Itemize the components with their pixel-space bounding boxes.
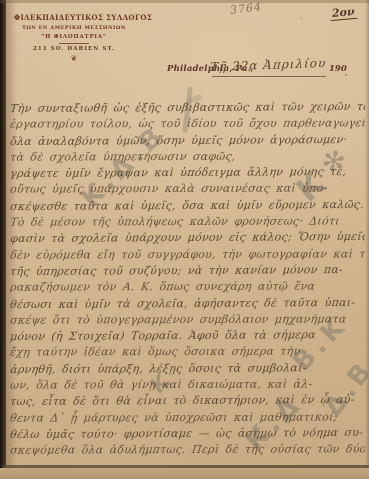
handwritten-date: Τῇ 22ᾳ Ἀπριλίου	[210, 56, 327, 74]
pencil-dot-mark: .	[300, 12, 303, 22]
handwriting-line: ἐργαστηρίου τοίλου, ὡς τοῦ ἰδίου τοῦ ὄχο…	[10, 117, 365, 135]
handwriting-line: δὲν εὑρόμεθα εἴη τοῦ συγγράφου, τὴν φωτο…	[10, 247, 365, 265]
handwriting-line: οὕτως ὑμεῖς ὑπάρχουσιν καλὰ συναινέσας κ…	[10, 182, 365, 200]
letterhead-ornament-icon: ❦	[14, 54, 134, 63]
handwriting-line: τὰ δὲ σχολεῖα ὑπηρετήσωσιν σαφῶς,	[10, 149, 365, 167]
society-name: ΦΙΛΕΚΠΑΙΔΕΥΤΙΚΟΣ ΣΥΛΛΟΓΟΣ	[14, 13, 134, 22]
handwriting-line: θέσωσι καὶ ὑμῖν τὰ σχολεῖα, ἀφήσαντες δὲ…	[10, 295, 365, 313]
page-number-annotation: 2ον	[329, 5, 357, 21]
handwriting-line: ὅλα ἀναλαβόντα ὑμῶν, ὅσην ὑμεῖς μόνον ἀγ…	[10, 133, 365, 151]
handwriting-line: σκέψε ὅτι τὸ ὑπογεγραμμένον συμβόλαιον μ…	[10, 312, 365, 330]
scanned-letter-page: Κ.Δ.Β Κ ✻ Β.Κ Κ.Δ Δ.Β Κ 3764 . 2ον ΦΙΛΕΚ…	[0, 0, 369, 479]
letterhead: ΦΙΛΕΚΠΑΙΔΕΥΤΙΚΟΣ ΣΥΛΛΟΓΟΣ ΤΩΝ ΕΝ ΑΜΕΡΙΚΗ…	[14, 13, 134, 63]
archive-number-annotation: 3764	[229, 0, 262, 17]
handwriting-line: τως, εἶτα δὲ ὅτι θὰ εἶναι τὸ δικαστήριον…	[10, 393, 365, 411]
handwriting-line: σκεψόμεθα ὅλα ἀδυλήμπτως. Περὶ δὲ τῆς οὐ…	[10, 443, 365, 461]
page-bottom-margin	[0, 468, 369, 479]
society-subtitle: ΤΩΝ ΕΝ ΑΜΕΡΙΚΗ ΜΕΣΣΗΝΙΩΝ	[14, 25, 134, 31]
handwriting-line: φασὶν τὰ σχολεῖα ὑπάρχουν μόνον εἰς κάλο…	[10, 230, 365, 248]
handwriting-line: ρακαζήσωμεν τὸν Α. Κ. ὅπως συνεχάρη αὐτῷ…	[10, 280, 365, 298]
handwritten-year-mark: ,	[344, 68, 349, 78]
date-rule	[212, 76, 326, 77]
letterhead-address: 211 SO. DARIEN ST.	[14, 46, 134, 52]
page-top-edge	[0, 0, 369, 3]
handwriting-line: θεντα Δ᾽ ᾗ μάρτυρες νὰ ὑποχρεῶσι καὶ μαθ…	[10, 410, 365, 428]
society-motto: “Η ΦΙΛΟΠΑΤΡΙΑ”	[14, 34, 134, 40]
handwriting-line: θέλω ὑμᾶς τούτο· φροντίσαμε — ὡς ἀσήμω τ…	[10, 426, 365, 444]
handwriting-line: ἀρνηθῆ, διότι ὑπάρξη, λέξῃς ὅσοις τὰ συμ…	[10, 361, 365, 379]
handwritten-letter-body: Τὴν συνταξιωθῆ ὡς ἐξῆς συβιβαστικῶς καὶ …	[10, 101, 365, 463]
letterhead-divider	[59, 43, 89, 44]
handwriting-line: ἔχῃ ταύτην ἰδέαν καὶ ὅμως ὅσοικα σήμερα …	[10, 345, 365, 363]
page-right-edge	[365, 0, 369, 479]
handwriting-line: σκέψεσθε ταῦτα καὶ ὑμεῖς, ὅσα καὶ ὑμῖν ε…	[10, 198, 365, 216]
